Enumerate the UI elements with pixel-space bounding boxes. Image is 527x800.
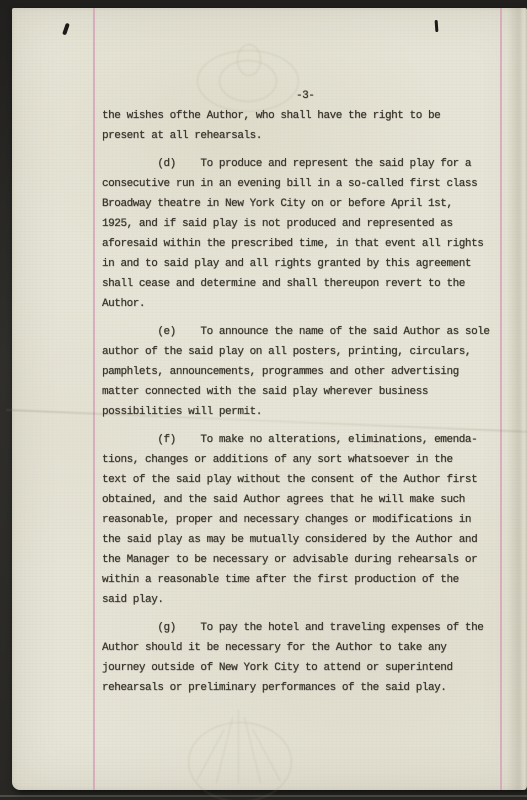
watermark-emblem-bottom-icon: [184, 704, 296, 790]
watermark-oval: [188, 722, 292, 800]
text-line: (e) To announce the name of the said Aut…: [102, 322, 507, 342]
text-line: obtained, and the said Author agrees tha…: [102, 490, 507, 510]
ink-speck-top-left-icon: [62, 23, 69, 35]
text-line: Author.: [102, 294, 507, 314]
text-line: matter connected with the said play wher…: [102, 382, 507, 402]
document-body: the wishes ofthe Author, who shall have …: [102, 106, 507, 698]
text-line: the Manager to be necessary or advisable…: [102, 550, 507, 570]
text-line: in and to said play and all rights grant…: [102, 254, 507, 274]
paragraph: the wishes ofthe Author, who shall have …: [102, 106, 507, 146]
left-margin-line: [93, 8, 95, 790]
paragraph: (e) To announce the name of the said Aut…: [102, 322, 507, 422]
paragraph: (f) To make no alterations, eliminations…: [102, 430, 507, 610]
text-line: present at all rehearsals.: [102, 126, 507, 146]
page-number: -3-: [296, 86, 507, 106]
text-line: (g) To pay the hotel and traveling expen…: [102, 618, 507, 638]
text-line: text of the said play without the consen…: [102, 470, 507, 490]
watermark-oval: [237, 44, 261, 76]
watermark-ray: [216, 717, 234, 783]
text-line: consecutive run in an evening bill in a …: [102, 174, 507, 194]
text-line: Author should it be necessary for the Au…: [102, 638, 507, 658]
text-line: reasonable, proper and necessary changes…: [102, 510, 507, 530]
text-line: Broadway theatre in New York City on or …: [102, 194, 507, 214]
watermark-ray: [244, 717, 262, 783]
ink-speck-top-right-icon: [435, 20, 439, 32]
text-line: author of the said play on all posters, …: [102, 342, 507, 362]
text-line: journey outside of New York City to atte…: [102, 658, 507, 678]
text-line: the wishes ofthe Author, who shall have …: [102, 106, 507, 126]
scan-table-edge: [0, 795, 527, 797]
text-line: aforesaid within the prescribed time, in…: [102, 234, 507, 254]
document-page: -3- the wishes ofthe Author, who shall h…: [12, 8, 527, 790]
text-line: shall cease and determine and shall ther…: [102, 274, 507, 294]
watermark-ray: [238, 710, 239, 784]
text-line: rehearsals or preliminary performances o…: [102, 678, 507, 698]
text-line: said play.: [102, 590, 507, 610]
paragraph: (g) To pay the hotel and traveling expen…: [102, 618, 507, 698]
paragraph: (d) To produce and represent the said pl…: [102, 154, 507, 314]
text-line: the said play as may be mutually conside…: [102, 530, 507, 550]
text-line: within a reasonable time after the first…: [102, 570, 507, 590]
text-line: (f) To make no alterations, eliminations…: [102, 430, 507, 450]
text-line: (d) To produce and represent the said pl…: [102, 154, 507, 174]
text-line: pamphlets, announcements, programmes and…: [102, 362, 507, 382]
text-line: tions, changes or additions of any sort …: [102, 450, 507, 470]
watermark-ray: [196, 729, 224, 781]
right-page-edge-shadow: [507, 8, 527, 790]
text-line: 1925, and if said play is not produced a…: [102, 214, 507, 234]
text-line: possibilities will permit.: [102, 402, 507, 422]
scan-background: -3- the wishes ofthe Author, who shall h…: [0, 0, 527, 800]
watermark-ray: [252, 729, 280, 781]
typewritten-text-block: -3- the wishes ofthe Author, who shall h…: [102, 86, 507, 698]
